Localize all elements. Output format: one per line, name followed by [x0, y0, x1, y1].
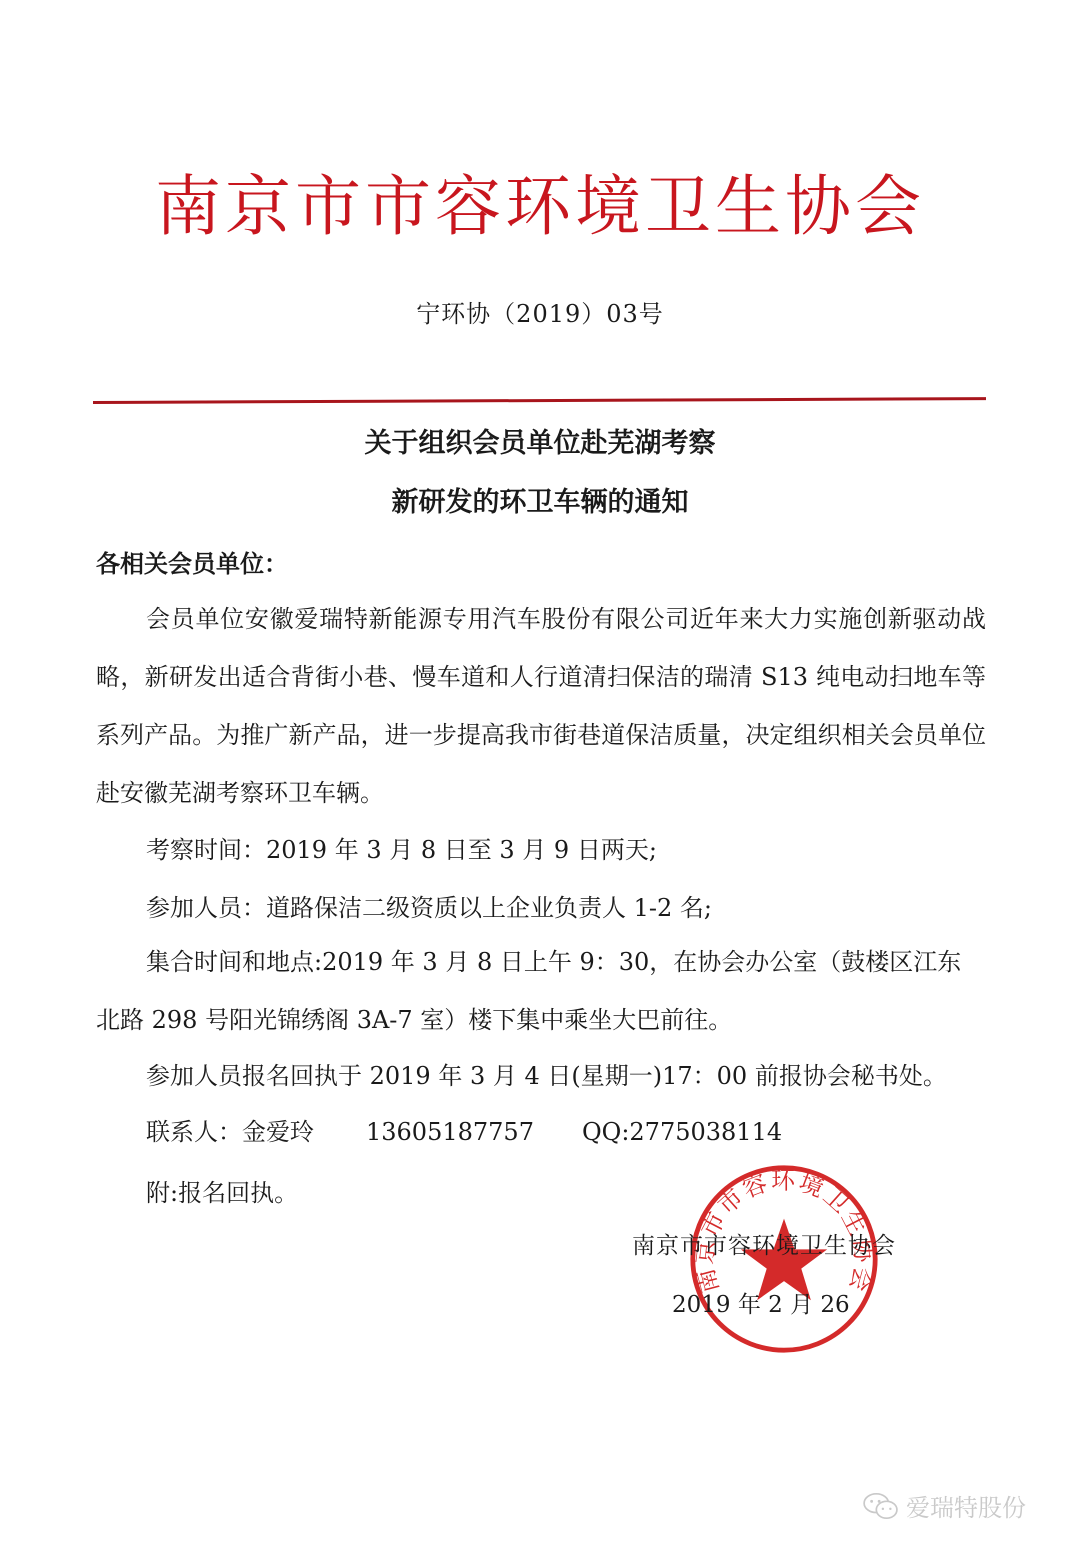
contact-name: 联系人：金爱玲 [146, 1114, 314, 1150]
body-paragraph: 会员单位安徽爱瑞特新能源专用汽车股份有限公司近年来大力实施创新驱动战略，新研发出… [96, 590, 986, 822]
gathering-info-line-2: 北路 298 号阳光锦绣阁 3A-7 室）楼下集中乘坐大巴前往。 [96, 1002, 732, 1038]
notice-title-line-1: 关于组织会员单位赴芜湖考察 [0, 424, 1080, 464]
signature-org: 南京市市容环境卫生协会 [632, 1230, 896, 1262]
letterhead-org-name: 南京市市容环境卫生协会 [0, 162, 1080, 252]
participants: 参加人员：道路保洁二级资质以上企业负责人 1-2 名; [146, 890, 712, 926]
watermark: 爱瑞特股份 [862, 1488, 1026, 1523]
notice-title-line-2: 新研发的环卫车辆的通知 [0, 483, 1080, 523]
gathering-info-line-1: 集合时间和地点:2019 年 3 月 8 日上午 9：30，在协会办公室（鼓楼区… [146, 944, 961, 980]
salutation: 各相关会员单位： [96, 546, 288, 582]
contact-qq: QQ:2775038114 [582, 1114, 782, 1150]
red-divider-line [93, 397, 986, 404]
signature-date: 2019 年 2 月 26 [672, 1289, 850, 1321]
inspection-time: 考察时间：2019 年 3 月 8 日至 3 月 9 日两天; [146, 832, 657, 868]
document-number: 宁环协（2019）03号 [0, 296, 1080, 332]
wechat-icon [862, 1491, 900, 1521]
registration-deadline: 参加人员报名回执于 2019 年 3 月 4 日(星期一)17：00 前报协会秘… [146, 1058, 947, 1094]
contact-phone: 13605187757 [366, 1114, 534, 1150]
watermark-text: 爱瑞特股份 [906, 1488, 1026, 1523]
contact-line: 联系人：金爱玲13605187757QQ:2775038114 [146, 1114, 782, 1150]
attachment-note: 附:报名回执。 [146, 1175, 298, 1211]
